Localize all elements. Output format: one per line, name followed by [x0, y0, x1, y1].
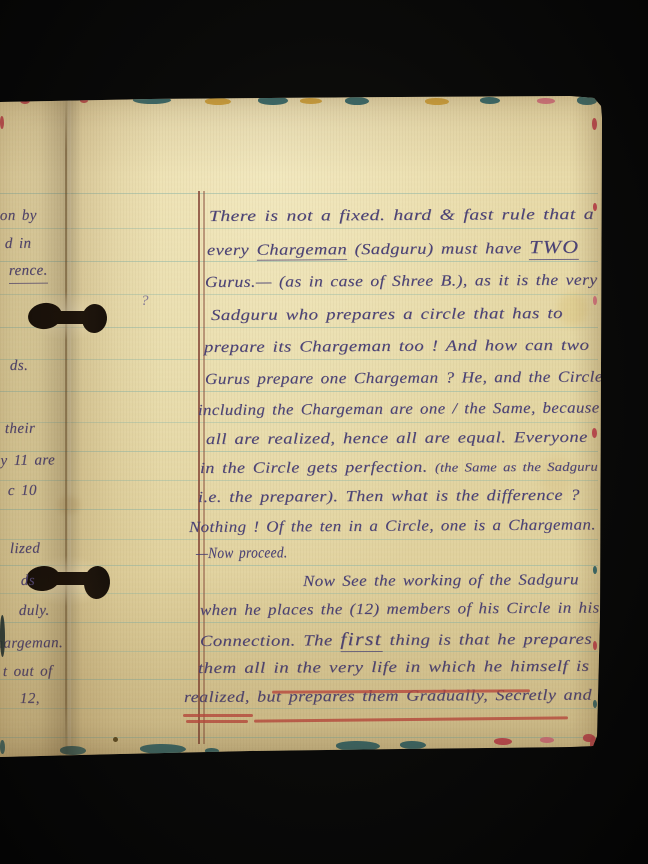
edge-speckle [336, 741, 380, 751]
edge-speckle [0, 615, 5, 657]
line-segment: TWO [529, 238, 579, 260]
red-underline [254, 716, 568, 722]
handwriting-line: realized, but prepares them Gradually, S… [184, 685, 592, 709]
handwriting-line: them all in the very life in which he hi… [198, 656, 590, 680]
edge-speckle [577, 96, 597, 105]
edge-speckle [140, 744, 186, 754]
line-segment: thing is that he prepares [382, 631, 592, 649]
edge-speckle [540, 737, 554, 743]
ruled-line [0, 359, 598, 360]
edge-speckle [20, 97, 30, 104]
ruled-line [0, 480, 598, 481]
handwriting-line: i.e. the preparer). Then what is the dif… [198, 485, 580, 509]
edge-speckle [60, 746, 86, 755]
left-page-line-ending: 12, [20, 688, 40, 710]
ruled-line [0, 539, 598, 540]
left-page-line-ending: on by [0, 205, 37, 227]
line-segment: (the Same as the Sadguru [435, 460, 598, 475]
line-segment: when he places the (12) members of his C… [200, 599, 600, 619]
notebook-page: on byd inrence.ds.theirly 11 arec 10lize… [0, 96, 602, 758]
line-segment: Gurus prepare one Chargeman ? He, and th… [205, 369, 603, 388]
handwriting-line: all are realized, hence all are equal. E… [206, 427, 588, 451]
line-segment: prepare its Chargeman too ! And how can … [204, 337, 590, 356]
edge-speckle [592, 118, 597, 130]
left-page-line-ending: rence. [9, 260, 48, 284]
line-segment: There is not a fixed. hard & fast rule t… [209, 206, 594, 225]
left-page-line-ending: e Chargeman. [0, 632, 63, 655]
edge-speckle [425, 98, 449, 105]
line-segment: Sadguru who prepares a circle that has t… [211, 305, 563, 324]
handwriting-line: Connection. The first thing is that he p… [200, 628, 592, 653]
edge-speckle [593, 566, 597, 574]
edge-speckle [537, 98, 555, 104]
left-page-line-ending: t out of [3, 660, 53, 683]
edge-speckle [0, 116, 4, 129]
left-page-line-ending: ly 11 are [0, 449, 55, 472]
left-page-line-ending: c 10 [8, 480, 37, 502]
edge-speckle [0, 740, 5, 754]
edge-speckle [205, 98, 231, 105]
edge-speckle [80, 98, 88, 103]
page-fold-highlight [68, 98, 71, 755]
ruled-line [0, 391, 598, 392]
line-segment: including the Chargeman are one / the Sa… [198, 399, 600, 419]
left-page-line-ending: duly. [19, 600, 50, 622]
line-segment: i.e. the preparer). Then what is the dif… [198, 487, 580, 506]
edge-speckle [345, 97, 369, 105]
ruled-line [0, 509, 598, 510]
ruled-line [0, 622, 598, 623]
line-segment: Gurus.— (as in case of Shree B.), as it … [205, 272, 598, 291]
left-page-line-ending: ds. [9, 355, 28, 377]
binding-hole [83, 565, 111, 600]
red-underline [183, 714, 253, 717]
handwriting-line: in the Circle gets perfection. (the Same… [200, 456, 598, 480]
handwriting-line: Gurus.— (as in case of Shree B.), as it … [205, 270, 598, 294]
edge-speckle [205, 748, 219, 754]
edge-speckle [400, 741, 426, 749]
handwriting-line: Gurus prepare one Chargeman ? He, and th… [205, 367, 603, 391]
edge-speckle [590, 736, 597, 754]
photo-background: on byd inrence.ds.theirly 11 arec 10lize… [0, 0, 648, 864]
line-segment: Connection. The [200, 632, 340, 650]
handwriting-line: Now See the working of the Sadguru [303, 569, 579, 593]
line-segment: —Now proceed. [196, 544, 288, 562]
edge-speckle [480, 97, 500, 104]
line-segment: first [340, 630, 382, 652]
handwriting-line: —Now proceed. [196, 542, 288, 565]
line-segment: Nothing ! Of the ten in a Circle, one is… [189, 516, 596, 536]
line-segment: all are realized, hence all are equal. E… [206, 429, 588, 448]
line-segment: in the Circle gets perfection. [200, 459, 435, 477]
ruled-line [0, 228, 598, 229]
edge-speckle [593, 296, 597, 305]
page-fold-crease [65, 98, 67, 755]
handwriting-line: when he places the (12) members of his C… [200, 597, 600, 622]
left-page-line-ending: d in [5, 233, 32, 255]
line-segment: every [207, 242, 257, 259]
handwriting-line: prepare its Chargeman too ! And how can … [204, 335, 590, 359]
edge-speckle [593, 203, 597, 211]
line-segment: Chargeman [257, 241, 348, 260]
left-page-line-ending: ds [21, 570, 35, 592]
handwriting-line: every Chargeman (Sadguru) must have TWO [207, 237, 580, 262]
left-page-line-ending: lized [9, 538, 40, 560]
margin-question-mark: ? [141, 293, 149, 310]
ruled-line [0, 451, 598, 452]
handwriting-line: including the Chargeman are one / the Sa… [198, 397, 600, 422]
red-underline [186, 720, 248, 723]
edge-speckle [593, 700, 597, 708]
edge-speckle [592, 428, 597, 438]
edge-speckle [300, 98, 322, 104]
edge-speckle [593, 641, 597, 650]
edge-speckle [494, 738, 512, 745]
ruled-line [0, 422, 598, 423]
line-segment: Now See the working of the Sadguru [303, 571, 579, 590]
line-segment: them all in the very life in which he hi… [198, 658, 590, 677]
handwriting-line: Sadguru who prepares a circle that has t… [211, 303, 563, 327]
edge-speckle [258, 96, 288, 105]
left-page-line-ending: their [4, 418, 35, 440]
edge-speckle [133, 96, 171, 104]
handwriting-line: Nothing ! Of the ten in a Circle, one is… [189, 514, 596, 539]
ruled-line [0, 193, 598, 194]
handwriting-line: There is not a fixed. hard & fast rule t… [209, 204, 594, 228]
line-segment: (Sadguru) must have [347, 240, 529, 258]
